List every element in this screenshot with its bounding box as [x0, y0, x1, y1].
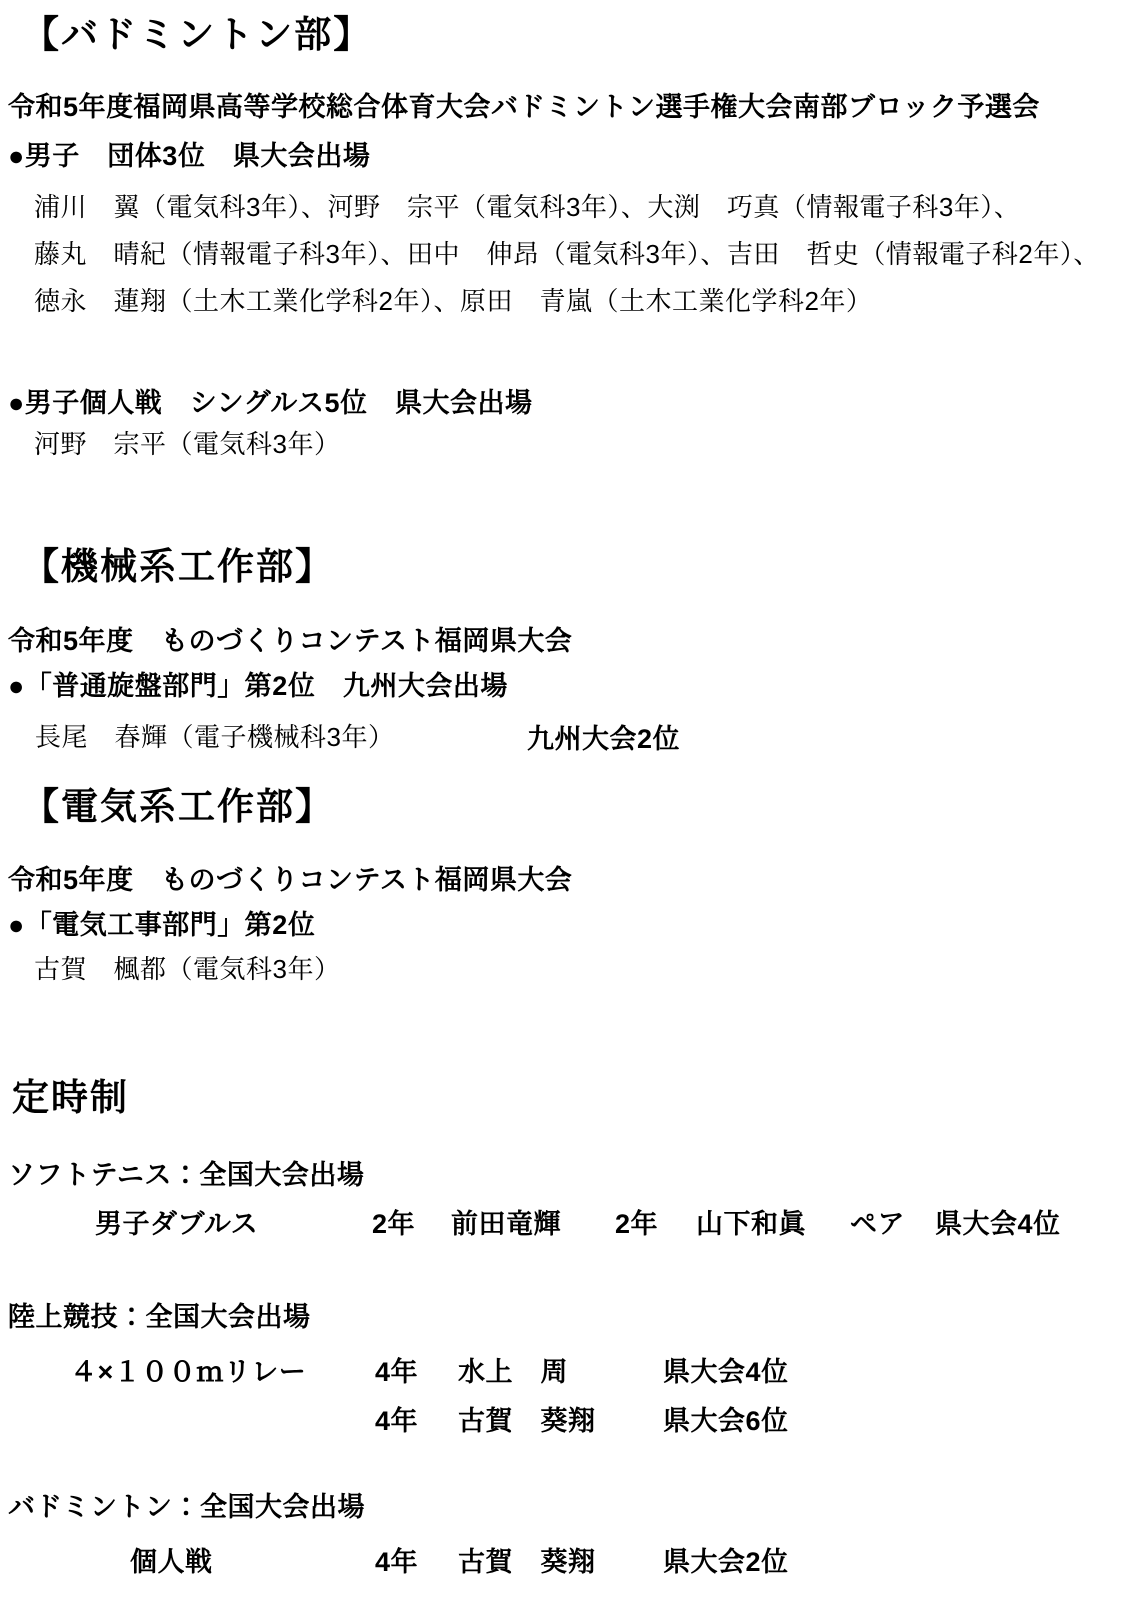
track-player-1: 水上 周 — [458, 1350, 568, 1389]
machine-kyushu-result: 九州大会2位 — [527, 717, 680, 756]
soft-tennis-player-1: 前田竜輝 — [451, 1202, 561, 1241]
machine-player-row: 長尾 春輝（電子機械科3年） 九州大会2位 — [0, 717, 1137, 751]
track-event: ４×１００ｍリレー — [70, 1350, 306, 1389]
teiji-badminton-player: 古賀 葵翔 — [458, 1540, 596, 1579]
track-result-1: 県大会4位 — [663, 1350, 789, 1389]
teiji-badminton-event: 個人戦 — [130, 1540, 213, 1579]
teijisei-heading: 定時制 — [12, 1077, 129, 1120]
badminton-team-result: ●男子 団体3位 県大会出場 — [8, 141, 370, 172]
track-heading: 陸上競技：全国大会出場 — [8, 1302, 311, 1333]
track-year-2: 4年 — [375, 1399, 418, 1438]
badminton-members-line-3: 徳永 蓮翔（土木工業化学科2年）、原田 青嵐（土木工業化学科2年） — [34, 287, 872, 317]
teiji-badminton-heading: バドミントン：全国大会出場 — [8, 1492, 365, 1523]
badminton-tournament-title: 令和5年度福岡県高等学校総合体育大会バドミントン選手権大会南部ブロック予選会 — [8, 92, 1040, 123]
badminton-members-line-1: 浦川 翼（電気科3年）、河野 宗平（電気科3年）、大渕 巧真（情報電子科3年）、 — [34, 193, 1020, 223]
soft-tennis-event: 男子ダブルス — [95, 1202, 258, 1241]
teiji-badminton-row: 個人戦 4年 古賀 葵翔 県大会2位 — [0, 1540, 1137, 1574]
badminton-members-line-2: 藤丸 晴紀（情報電子科3年）、田中 伸昂（電気科3年）、吉田 哲史（情報電子科2… — [34, 240, 1100, 270]
teiji-badminton-year: 4年 — [375, 1540, 418, 1579]
soft-tennis-heading: ソフトテニス：全国大会出場 — [8, 1160, 364, 1191]
machine-club-heading: 【機械系工作部】 — [22, 546, 334, 589]
soft-tennis-year-2: 2年 — [615, 1202, 658, 1241]
track-row-2: 4年 古賀 葵翔 県大会6位 — [0, 1399, 1137, 1433]
soft-tennis-row: 男子ダブルス 2年 前田竜輝 2年 山下和眞 ペア 県大会4位 — [0, 1202, 1137, 1236]
track-player-2: 古賀 葵翔 — [458, 1399, 596, 1438]
soft-tennis-pair-label: ペア — [850, 1202, 905, 1241]
electric-club-heading: 【電気系工作部】 — [22, 786, 334, 829]
badminton-club-heading: 【バドミントン部】 — [22, 14, 372, 57]
soft-tennis-player-2: 山下和眞 — [696, 1202, 806, 1241]
track-result-2: 県大会6位 — [663, 1399, 789, 1438]
soft-tennis-result: 県大会4位 — [935, 1202, 1061, 1241]
track-row-1: ４×１００ｍリレー 4年 水上 周 県大会4位 — [0, 1350, 1137, 1384]
machine-result: ●「普通旋盤部門」第2位 九州大会出場 — [8, 671, 508, 702]
electric-tournament-title: 令和5年度 ものづくりコンテスト福岡県大会 — [8, 865, 572, 896]
track-year-1: 4年 — [375, 1350, 418, 1389]
machine-player: 長尾 春輝（電子機械科3年） — [35, 717, 394, 754]
badminton-singles-player: 河野 宗平（電気科3年） — [34, 430, 340, 460]
teiji-badminton-result: 県大会2位 — [663, 1540, 789, 1579]
machine-tournament-title: 令和5年度 ものづくりコンテスト福岡県大会 — [8, 626, 572, 657]
badminton-singles-result: ●男子個人戦 シングルス5位 県大会出場 — [8, 388, 533, 419]
electric-player: 古賀 楓都（電気科3年） — [34, 955, 340, 985]
soft-tennis-year-1: 2年 — [372, 1202, 415, 1241]
document-page: 【バドミントン部】 令和5年度福岡県高等学校総合体育大会バドミントン選手権大会南… — [0, 0, 1137, 1600]
electric-result: ●「電気工事部門」第2位 — [8, 910, 315, 941]
